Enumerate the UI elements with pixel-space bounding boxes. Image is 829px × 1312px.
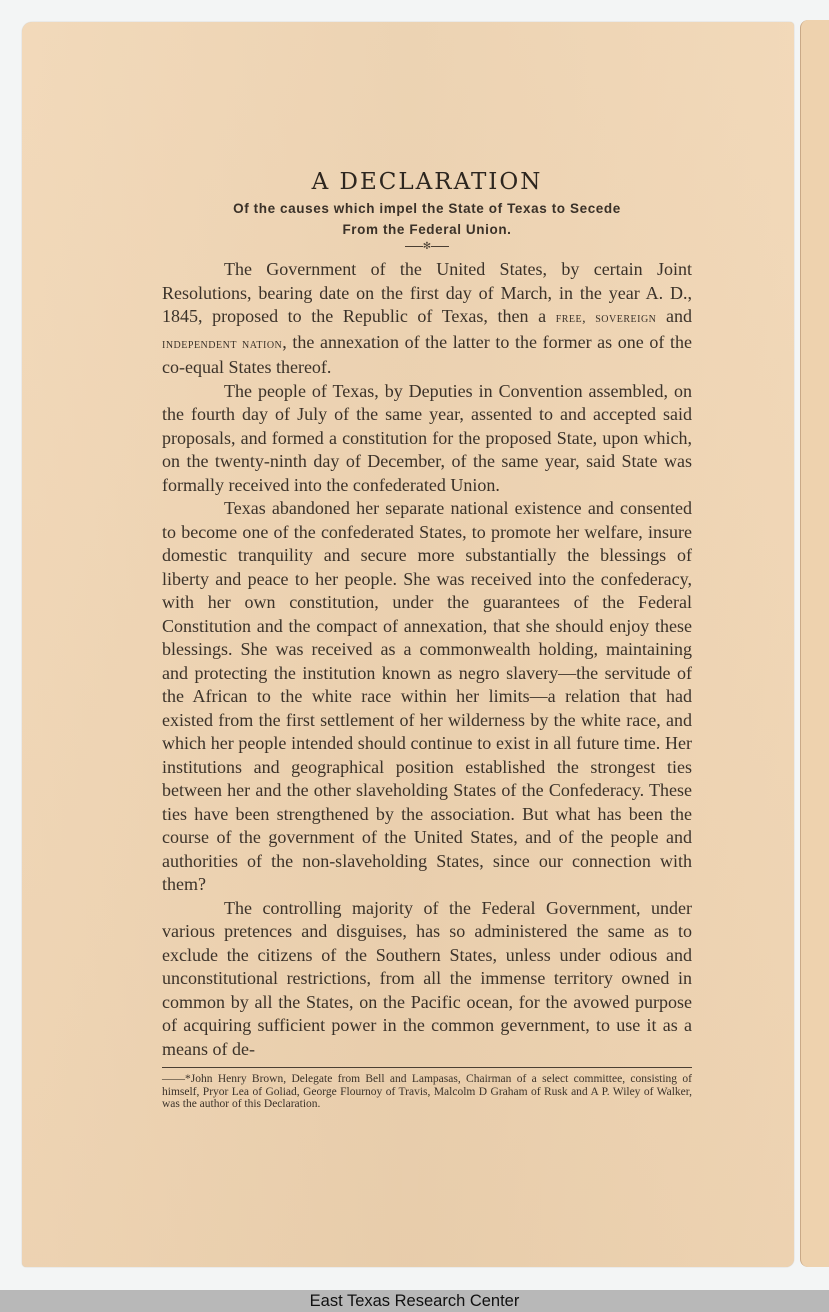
- document-subtitle-line-1: Of the causes which impel the State of T…: [162, 198, 692, 219]
- paragraph-2: The people of Texas, by Deputies in Conv…: [162, 380, 692, 498]
- caption-text: East Texas Research Center: [310, 1292, 520, 1310]
- paragraph-1-text-b: and: [656, 306, 692, 326]
- caption-bar: East Texas Research Center: [0, 1290, 829, 1312]
- paragraph-3: Texas abandoned her separate national ex…: [162, 497, 692, 897]
- paragraph-4: The controlling majority of the Federal …: [162, 897, 692, 1062]
- ornament-rule-right: [431, 246, 449, 247]
- document-title: A DECLARATION: [162, 166, 692, 198]
- asterisk-ornament-icon: ✻: [423, 241, 431, 252]
- adjacent-page-edge: [800, 20, 829, 1267]
- small-caps-free-sovereign: free, sovereign: [556, 311, 657, 326]
- document-content: A DECLARATION Of the causes which impel …: [162, 166, 692, 1111]
- footnote-divider: [162, 1067, 692, 1068]
- footnote: ——*John Henry Brown, Delegate from Bell …: [162, 1073, 692, 1111]
- small-caps-independent-nation: independent nation: [162, 337, 282, 352]
- ornament-rule-left: [405, 246, 423, 247]
- ornament-divider: ✻: [162, 240, 692, 254]
- paragraph-1: The Government of the United States, by …: [162, 258, 692, 380]
- document-subtitle-line-2: From the Federal Union.: [162, 219, 692, 240]
